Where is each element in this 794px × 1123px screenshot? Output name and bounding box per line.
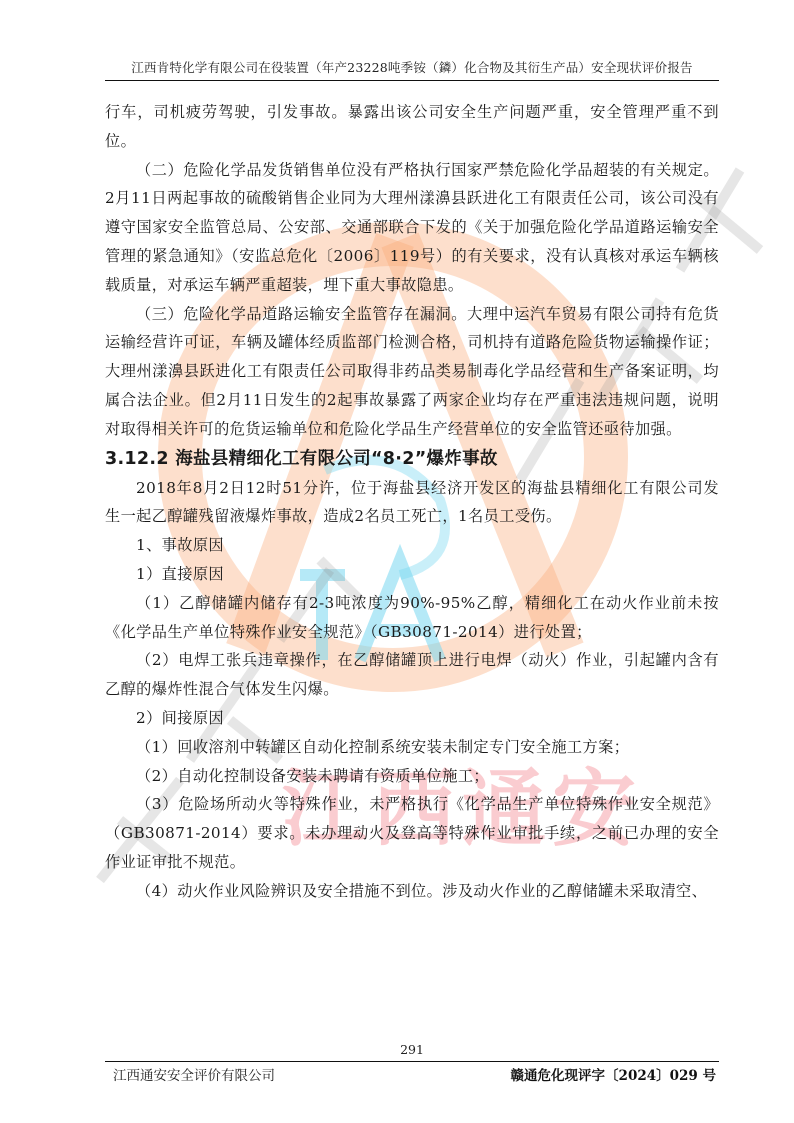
footer-divider (105, 1061, 719, 1062)
direct-cause-2: （2）电焊工张兵违章操作，在乙醇储罐顶上进行电焊（动火）作业，引起罐内含有乙醇的… (105, 646, 719, 704)
indirect-cause-2: （2）自动化控制设备安装未聘请有资质单位施工； (105, 762, 719, 791)
indirect-cause-4: （4）动火作业风险辨识及安全措施不到位。涉及动火作业的乙醇储罐未采取清空、 (105, 877, 719, 906)
header-divider (105, 80, 719, 81)
paragraph-item-two: （二）危险化学品发货销售单位没有严格执行国家严禁危险化学品超装的有关规定。2月1… (105, 156, 719, 300)
indirect-cause-3: （3）危险场所动火等特殊作业，未严格执行《化学品生产单位特殊作业安全规范》（GB… (105, 790, 719, 876)
paragraph-continuation: 行车，司机疲劳驾驶，引发事故。暴露出该公司安全生产问题严重，安全管理严重不到位。 (105, 98, 719, 156)
page-number: 291 (105, 1042, 719, 1057)
paragraph-item-three: （三）危险化学品道路运输安全监管存在漏洞。大理中运汽车贸易有限公司持有危货运输经… (105, 300, 719, 444)
section-heading-3-12-2: 3.12.2 海盐县精细化工有限公司“8·2”爆炸事故 (105, 444, 719, 474)
subheading-direct-causes: 1）直接原因 (105, 560, 719, 589)
subheading-accident-causes: 1、事故原因 (105, 531, 719, 560)
footer-company-name: 江西通安安全评价有限公司 (113, 1064, 275, 1084)
indirect-cause-1: （1）回收溶剂中转罐区自动化控制系统安装未制定专门安全施工方案； (105, 733, 719, 762)
document-body: 行车，司机疲劳驾驶，引发事故。暴露出该公司安全生产问题严重，安全管理严重不到位。… (105, 98, 719, 906)
paragraph-accident-summary: 2018年8月2日12时51分许，位于海盐县经济开发区的海盐县精细化工有限公司发… (105, 474, 719, 532)
subheading-indirect-causes: 2）间接原因 (105, 704, 719, 733)
direct-cause-1: （1）乙醇储罐内储存有2-3吨浓度为90%-95%乙醇，精细化工在动火作业前未按… (105, 589, 719, 647)
document-page: 江西通安 江西肯特化学有限公司在役装置（年产23228吨季铵（鏻）化合物及其衍生… (0, 0, 794, 1123)
footer-document-number: 赣通危化现评字〔2024〕029 号 (511, 1064, 716, 1084)
running-header-title: 江西肯特化学有限公司在役装置（年产23228吨季铵（鏻）化合物及其衍生产品）安全… (105, 58, 719, 76)
